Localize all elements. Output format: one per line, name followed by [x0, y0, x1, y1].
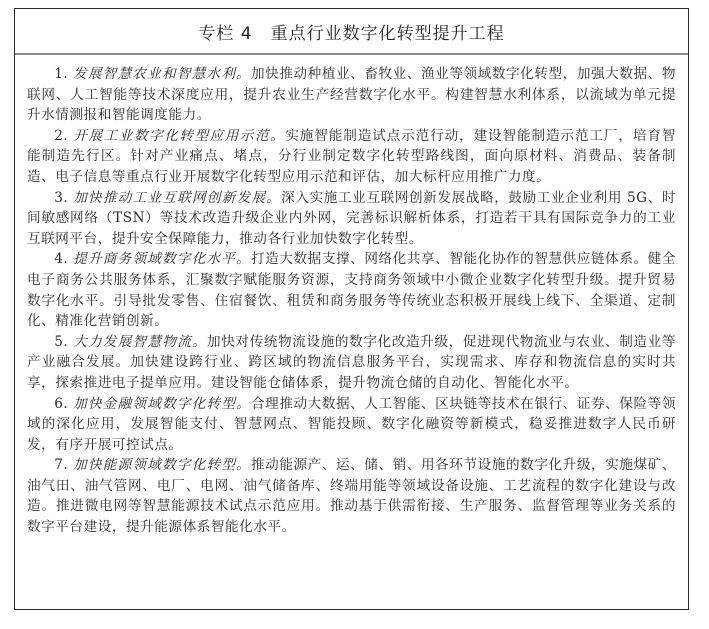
- box-title: 专栏 4 重点行业数字化转型提升工程: [15, 9, 688, 55]
- item-lead: 加快金融领域数字化转型。: [73, 396, 251, 412]
- item-lead: 开展工业数字化转型应用示范。: [73, 128, 285, 144]
- box-body: 1. 发展智慧农业和智慧水利。加快推动种植业、畜牧业、渔业等领域数字化转型，加强…: [15, 55, 688, 538]
- item-2: 2. 开展工业数字化转型应用示范。实施智能制造试点示范行动，建设智能制造示范工厂…: [27, 126, 676, 188]
- box-title-prefix: 专栏 4: [198, 19, 252, 44]
- item-number: 4.: [54, 251, 73, 267]
- item-number: 5.: [54, 334, 73, 350]
- item-number: 7.: [54, 457, 73, 473]
- item-lead: 大力发展智慧物流。: [73, 334, 207, 350]
- column-box: 专栏 4 重点行业数字化转型提升工程 1. 发展智慧农业和智慧水利。加快推动种植…: [14, 8, 689, 610]
- item-lead: 发展智慧农业和智慧水利。: [73, 66, 251, 82]
- item-5: 5. 大力发展智慧物流。加快对传统物流设施的数字化改造升级，促进现代物流业与农业…: [27, 332, 676, 394]
- item-number: 6.: [54, 396, 73, 412]
- item-lead: 加快能源领域数字化转型。: [73, 457, 251, 473]
- item-lead: 提升商务领域数字化水平。: [73, 251, 251, 267]
- item-6: 6. 加快金融领域数字化转型。合理推动大数据、人工智能、区块链等技术在银行、证券…: [27, 394, 676, 456]
- item-7: 7. 加快能源领域数字化转型。推动能源产、运、储、销、用各环节设施的数字化升级，…: [27, 455, 676, 537]
- item-number: 3.: [54, 190, 73, 206]
- item-number: 1.: [54, 66, 73, 82]
- item-3: 3. 加快推动工业互联网创新发展。深入实施工业互联网创新发展战略，鼓励工业企业利…: [27, 188, 676, 250]
- box-title-text: 重点行业数字化转型提升工程: [271, 19, 505, 44]
- item-lead: 加快推动工业互联网创新发展。: [73, 190, 281, 206]
- item-4: 4. 提升商务领域数字化水平。打造大数据支撑、网络化共享、智能化协作的智慧供应链…: [27, 249, 676, 331]
- item-1: 1. 发展智慧农业和智慧水利。加快推动种植业、畜牧业、渔业等领域数字化转型，加强…: [27, 64, 676, 126]
- item-number: 2.: [54, 128, 73, 144]
